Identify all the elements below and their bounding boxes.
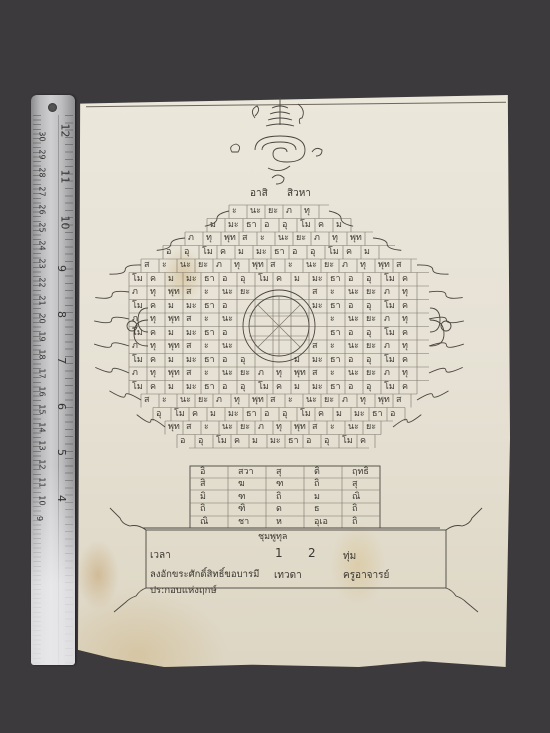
- yantra-cell-glyph: โม: [174, 410, 185, 419]
- yantra-cell-glyph: อุ: [282, 410, 287, 419]
- yantra-cell-glyph: ภ: [342, 261, 348, 270]
- lower-panel-glyph: สุ: [276, 468, 282, 477]
- yantra-cell-glyph: อุ: [240, 383, 245, 392]
- inscription-line1-right: ทุ่ม: [343, 549, 356, 564]
- lower-panel-glyph: ถิ: [352, 518, 357, 527]
- yantra-cell-glyph: นะ: [222, 288, 233, 297]
- lower-panel-glyph: อิ: [200, 468, 205, 477]
- yantra-cell-glyph: ส: [186, 342, 192, 351]
- yantra-cell-glyph: ส: [186, 315, 192, 324]
- ruler-cm-label: 22: [38, 277, 47, 287]
- yantra-cell-glyph: พุท: [168, 369, 180, 378]
- yantra-cell-glyph: ค: [276, 383, 282, 392]
- lower-panel-glyph: สิ: [200, 480, 206, 489]
- lower-panel-glyph: ม: [314, 493, 320, 502]
- yantra-cell-glyph: ภ: [188, 234, 194, 243]
- yantra-cell-glyph: ส: [270, 261, 276, 270]
- yantra-cell-glyph: ค: [276, 275, 282, 284]
- yantra-cell-glyph: ะ: [232, 207, 237, 216]
- photo-scene: 3029282726252423222120191817161514131211…: [0, 0, 550, 733]
- yantra-cell-glyph: ภ: [314, 234, 320, 243]
- yantra-cell-glyph: พุท: [378, 396, 390, 405]
- yantra-cell-glyph: โม: [258, 275, 269, 284]
- yantra-cell-glyph: มะ: [186, 383, 197, 392]
- yantra-cell-glyph: ภ: [384, 315, 390, 324]
- yantra-cell-glyph: ทุ: [402, 342, 408, 351]
- yantra-cell-glyph: อุ: [310, 248, 315, 257]
- ruler-inch-label: 12: [59, 124, 72, 138]
- lower-panel-glyph: ฤทธิ: [352, 468, 369, 477]
- yantra-cell-glyph: อ: [348, 383, 353, 392]
- yantra-cell-glyph: พุท: [224, 234, 236, 243]
- ruler-cm-label: 10: [38, 495, 47, 505]
- yantra-cell-glyph: อ: [348, 302, 353, 311]
- yantra-cell-glyph: ยะ: [296, 234, 306, 243]
- yantra-cell-glyph: ทุ: [360, 396, 366, 405]
- yantra-cell-glyph: นะ: [306, 261, 317, 270]
- yantra-cell-glyph: อ: [292, 248, 297, 257]
- yantra-cell-glyph: ส: [270, 396, 276, 405]
- lower-panel-glyph: มิ: [200, 493, 206, 502]
- yantra-cell-glyph: ะ: [330, 423, 335, 432]
- yantra-cell-glyph: พุท: [168, 315, 180, 324]
- yantra-cell-glyph: ภ: [384, 342, 390, 351]
- ruler-cm-label: 17: [38, 368, 47, 378]
- ruler-cm-label: 27: [38, 186, 47, 196]
- yantra-cell-glyph: โม: [300, 221, 311, 230]
- lower-panel-glyph: ณิ: [200, 518, 208, 527]
- yantra-cell-glyph: ยะ: [240, 369, 250, 378]
- inscription-line1-num: 2: [308, 546, 316, 560]
- yantra-cell-glyph: ะ: [162, 261, 167, 270]
- upper-caption-left: อาสิ: [250, 186, 268, 201]
- yantra-cell-glyph: มะ: [312, 383, 323, 392]
- yantra-cell-glyph: มะ: [256, 248, 267, 257]
- yantra-cell-glyph: มะ: [186, 356, 197, 365]
- yantra-cell-glyph: ส: [186, 423, 192, 432]
- yantra-cell-glyph: ภ: [258, 423, 264, 432]
- yantra-cell-glyph: อุ: [366, 329, 371, 338]
- inscription-line2-right: ครูอาจารย์: [343, 568, 389, 583]
- yantra-cell-glyph: โม: [202, 248, 213, 257]
- inscription-line2-left: ลงอักขระศักดิ์สิทธิ์ขอบารมี: [150, 567, 259, 582]
- yantra-cell-glyph: ธา: [288, 437, 299, 446]
- yantra-cell-glyph: ม: [252, 437, 258, 446]
- ruler-cm-label: 15: [38, 404, 47, 414]
- yantra-cell-glyph: นะ: [222, 369, 233, 378]
- yantra-cell-glyph: อุ: [366, 275, 371, 284]
- yantra-cell-glyph: โม: [132, 329, 143, 338]
- yantra-cell-glyph: ธา: [330, 329, 341, 338]
- ruler-cm-label: 26: [38, 204, 47, 214]
- yantra-cell-glyph: ภ: [132, 288, 138, 297]
- yantra-cell-glyph: ค: [192, 410, 198, 419]
- yantra-cell-glyph: ส: [144, 396, 150, 405]
- yantra-cell-glyph: ยะ: [324, 261, 334, 270]
- yantra-cell-glyph: ยะ: [324, 396, 334, 405]
- yantra-cell-glyph: โม: [258, 383, 269, 392]
- yantra-cell-glyph: โม: [384, 275, 395, 284]
- yantra-cell-glyph: โม: [384, 383, 395, 392]
- yantra-cell-glyph: ภ: [132, 342, 138, 351]
- yantra-cell-glyph: พุท: [378, 261, 390, 270]
- yantra-cell-glyph: โม: [300, 410, 311, 419]
- ruler-cm-label: 9: [35, 516, 44, 521]
- ruler-cm-label: 18: [38, 350, 47, 360]
- yantra-cell-glyph: โม: [384, 302, 395, 311]
- yantra-cell-glyph: ค: [402, 275, 408, 284]
- yantra-cell-glyph: ค: [402, 302, 408, 311]
- yantra-cell-glyph: มะ: [186, 275, 197, 284]
- ruler-inch-label: 5: [55, 449, 68, 456]
- yantra-cell-glyph: ค: [150, 275, 156, 284]
- yantra-cell-glyph: นะ: [306, 396, 317, 405]
- inscription-line1-mid: 1: [275, 546, 283, 560]
- yantra-cell-glyph: ม: [168, 383, 174, 392]
- yantra-cell-glyph: อ: [222, 329, 227, 338]
- yantra-cell-glyph: ทุ: [206, 234, 212, 243]
- yantra-cell-glyph: อุ: [156, 410, 161, 419]
- yantra-cell-glyph: อ: [222, 302, 227, 311]
- lower-panel-glyph: สวา: [238, 468, 254, 477]
- yantra-cell-glyph: โม: [216, 437, 227, 446]
- lower-panel-glyph: สุ: [352, 480, 358, 489]
- yantra-cell-glyph: อุ: [366, 356, 371, 365]
- dharma-wheel-icon: [243, 290, 315, 362]
- yantra-cell-glyph: ม: [294, 356, 300, 365]
- yantra-cell-glyph: ยะ: [240, 423, 250, 432]
- yantra-cell-glyph: ทุ: [360, 261, 366, 270]
- ruler-inch-label: 7: [55, 357, 68, 364]
- yantra-cell-glyph: ม: [294, 275, 300, 284]
- yantra-cell-glyph: นะ: [222, 423, 233, 432]
- yantra-cell-glyph: ค: [360, 437, 366, 446]
- ruler-inch-label: 11: [59, 170, 72, 184]
- yantra-cell-glyph: ม: [168, 275, 174, 284]
- ruler-inch-label: 10: [59, 216, 72, 230]
- ruler-cm-label: 21: [38, 295, 47, 305]
- ruler-cm-label: 19: [38, 332, 47, 342]
- lower-panel-glyph: ฑ: [276, 480, 283, 489]
- yantra-cell-glyph: ค: [150, 356, 156, 365]
- ruler-cm-label: 16: [38, 386, 47, 396]
- yantra-cell-glyph: นะ: [278, 234, 289, 243]
- yantra-cell-glyph: โม: [328, 248, 339, 257]
- yantra-cell-glyph: ะ: [204, 288, 209, 297]
- yantra-cell-glyph: นะ: [348, 369, 359, 378]
- yantra-cell-glyph: ยะ: [366, 369, 376, 378]
- yantra-cell-glyph: ธา: [330, 383, 341, 392]
- yantra-cell-glyph: ค: [402, 383, 408, 392]
- yantra-cell-glyph: อ: [222, 383, 227, 392]
- ruler-cm-label: 28: [38, 168, 47, 178]
- yantra-cell-glyph: ค: [150, 329, 156, 338]
- yantra-cell-glyph: ทุ: [150, 288, 156, 297]
- yantra-cell-glyph: ธา: [246, 410, 257, 419]
- yantra-cell-glyph: นะ: [222, 315, 233, 324]
- yantra-cell-glyph: ะ: [288, 396, 293, 405]
- yantra-cell-glyph: พุท: [350, 234, 362, 243]
- yantra-cell-glyph: อุ: [324, 437, 329, 446]
- yantra-cell-glyph: อ: [222, 275, 227, 284]
- yantra-cell-glyph: ส: [186, 369, 192, 378]
- ruler-cm-label: 29: [38, 150, 47, 160]
- yantra-cell-glyph: ค: [318, 410, 324, 419]
- lower-panel-glyph: ชา: [238, 518, 249, 527]
- yantra-cell-glyph: ธา: [204, 329, 215, 338]
- yantra-cell-glyph: มะ: [228, 410, 239, 419]
- ruler-inch-label: 8: [55, 311, 68, 318]
- yantra-cell-glyph: ภ: [384, 288, 390, 297]
- lower-panel-glyph: ธ: [314, 505, 320, 514]
- yantra-cell-glyph: ะ: [204, 315, 209, 324]
- yantra-cell-glyph: อ: [264, 410, 269, 419]
- yantra-cell-glyph: ทุ: [402, 369, 408, 378]
- yantra-cell-glyph: ทุ: [402, 315, 408, 324]
- ruler-inch-label: 9: [55, 265, 68, 272]
- yantra-cell-glyph: ทุ: [276, 369, 282, 378]
- yantra-cell-glyph: ส: [312, 423, 318, 432]
- lower-panel-glyph: ถิ: [200, 505, 205, 514]
- yantra-cell-glyph: พุท: [294, 423, 306, 432]
- yantra-cell-glyph: อ: [222, 356, 227, 365]
- yantra-cell-glyph: ะ: [330, 369, 335, 378]
- yantra-cell-glyph: มะ: [312, 275, 323, 284]
- yantra-cell-glyph: มะ: [312, 302, 323, 311]
- lower-panel-glyph: ถิ: [352, 505, 357, 514]
- yantra-cell-glyph: ค: [318, 221, 324, 230]
- yantra-cell-glyph: ส: [312, 369, 318, 378]
- yantra-cell-glyph: ทุ: [150, 369, 156, 378]
- yantra-cell-glyph: ธา: [330, 302, 341, 311]
- yantra-cell-glyph: อุ: [366, 383, 371, 392]
- yantra-cell-glyph: ทุ: [332, 234, 338, 243]
- yantra-cell-glyph: ม: [238, 248, 244, 257]
- yantra-cell-glyph: ะ: [204, 369, 209, 378]
- lower-panel-glyph: ฑ: [238, 493, 245, 502]
- yantra-cell-glyph: อ: [264, 221, 269, 230]
- yantra-cell-glyph: ทุ: [150, 315, 156, 324]
- lower-panel-glyph: ด: [276, 505, 282, 514]
- yantra-cell-glyph: ค: [220, 248, 226, 257]
- lower-panel-grid: [143, 466, 440, 528]
- ruler-inch-label: 6: [55, 403, 68, 410]
- yantra-cell-glyph: ม: [210, 410, 216, 419]
- lower-panel-glyph: ห: [276, 518, 282, 527]
- yantra-cell-glyph: ม: [168, 356, 174, 365]
- ruler-cm-label: 30: [38, 131, 47, 141]
- lower-panel-glyph: ณิ: [352, 493, 360, 502]
- yantra-cell-glyph: ธา: [204, 383, 215, 392]
- yantra-drawing: [0, 0, 550, 733]
- yantra-cell-glyph: นะ: [348, 288, 359, 297]
- yantra-cell-glyph: ทุ: [276, 423, 282, 432]
- yantra-cell-glyph: นะ: [222, 342, 233, 351]
- yantra-cell-glyph: อุ: [366, 302, 371, 311]
- yantra-cell-glyph: โม: [132, 302, 143, 311]
- yantra-cell-glyph: ส: [396, 261, 402, 270]
- stupa-crown-icon: [231, 97, 322, 184]
- yantra-cell-glyph: นะ: [348, 315, 359, 324]
- yantra-cell-glyph: ะ: [162, 396, 167, 405]
- yantra-cell-glyph: อุ: [198, 437, 203, 446]
- ruler-cm-label: 20: [38, 313, 47, 323]
- lower-panel-glyph: ติ: [314, 468, 320, 477]
- yantra-cell-glyph: อุ: [184, 248, 189, 257]
- yantra-cell-glyph: มะ: [270, 437, 281, 446]
- yantra-cell-glyph: ม: [168, 329, 174, 338]
- yantra-cell-glyph: ภ: [132, 369, 138, 378]
- yantra-cell-glyph: ค: [402, 329, 408, 338]
- yantra-cell-glyph: ส: [144, 261, 150, 270]
- ruler-cm-label: 11: [38, 477, 47, 487]
- yantra-cell-glyph: อ: [348, 275, 353, 284]
- yantra-cell-glyph: ะ: [260, 234, 265, 243]
- yantra-cell-glyph: ธา: [246, 221, 257, 230]
- yantra-cell-glyph: ม: [294, 383, 300, 392]
- yantra-cell-glyph: โม: [132, 275, 143, 284]
- yantra-cell-glyph: โม: [132, 356, 143, 365]
- yantra-cell-glyph: ยะ: [240, 288, 250, 297]
- yantra-cell-glyph: ยะ: [366, 423, 376, 432]
- ruler-cm-label: 23: [38, 259, 47, 269]
- yantra-cell-glyph: ธา: [204, 356, 215, 365]
- yantra-cell-glyph: ส: [396, 396, 402, 405]
- yantra-cell-glyph: ส: [312, 288, 318, 297]
- yantra-cell-glyph: อ: [166, 248, 171, 257]
- yantra-cell-glyph: นะ: [250, 207, 261, 216]
- label-above-box: ชุมพูทุล: [258, 529, 287, 543]
- yantra-cell-glyph: ธา: [274, 248, 285, 257]
- yantra-cell-glyph: พุท: [168, 288, 180, 297]
- yantra-cell-glyph: ะ: [204, 423, 209, 432]
- yantra-cell-glyph: ม: [336, 410, 342, 419]
- yantra-cell-glyph: ม: [168, 302, 174, 311]
- yantra-cell-glyph: ส: [312, 342, 318, 351]
- yantra-cell-glyph: พุท: [252, 396, 264, 405]
- yantra-cell-glyph: อ: [390, 410, 395, 419]
- yantra-cell-glyph: อ: [180, 437, 185, 446]
- yantra-cell-glyph: นะ: [180, 261, 191, 270]
- yantra-cell-glyph: ภ: [286, 207, 292, 216]
- yantra-cell-glyph: มะ: [312, 356, 323, 365]
- yantra-cell-glyph: อุ: [240, 356, 245, 365]
- yantra-cell-glyph: ยะ: [198, 396, 208, 405]
- ruler-cm-label: 25: [38, 222, 47, 232]
- ruler-cm-label: 12: [38, 459, 47, 469]
- yantra-cell-glyph: อ: [348, 329, 353, 338]
- yantra-cell-glyph: โม: [384, 356, 395, 365]
- lower-panel-glyph: อุเอ: [314, 518, 328, 527]
- ruler-cm-label: 13: [38, 441, 47, 451]
- yantra-cell-glyph: นะ: [180, 396, 191, 405]
- yantra-cell-glyph: มะ: [186, 329, 197, 338]
- yantra-cell-glyph: โม: [132, 383, 143, 392]
- yantra-cell-glyph: ภ: [132, 315, 138, 324]
- yantra-cell-glyph: ะ: [288, 261, 293, 270]
- yantra-cell-glyph: ส: [242, 234, 248, 243]
- right-lotus-ornament-icon: [430, 308, 451, 346]
- yantra-cell-glyph: ธา: [204, 302, 215, 311]
- yantra-cell-glyph: ธา: [330, 275, 341, 284]
- ruler-cm-label: 24: [38, 241, 47, 251]
- yantra-cell-glyph: นะ: [348, 423, 359, 432]
- lower-panel-glyph: ฆ: [238, 480, 245, 489]
- yantra-cell-glyph: ะ: [204, 342, 209, 351]
- yantra-cell-glyph: พุท: [252, 261, 264, 270]
- yantra-cell-glyph: ม: [210, 221, 216, 230]
- lower-panel-glyph: ถิ: [276, 493, 281, 502]
- yantra-cell-glyph: ค: [150, 302, 156, 311]
- yantra-cell-glyph: ทุ: [150, 342, 156, 351]
- yantra-cell-glyph: ะ: [330, 315, 335, 324]
- yantra-cell-glyph: ทุ: [402, 288, 408, 297]
- yantra-cell-glyph: ะ: [330, 342, 335, 351]
- yantra-cell-glyph: มะ: [228, 221, 239, 230]
- yantra-cell-glyph: นะ: [348, 342, 359, 351]
- yantra-cell-glyph: อุ: [282, 221, 287, 230]
- yantra-cell-glyph: ธา: [372, 410, 383, 419]
- yantra-cell-glyph: ธา: [204, 275, 215, 284]
- yantra-cell-glyph: ะ: [330, 288, 335, 297]
- yantra-cell-glyph: อุ: [240, 275, 245, 284]
- yantra-cell-glyph: ภ: [216, 396, 222, 405]
- ruler-inch-label: 4: [55, 495, 68, 502]
- inscription-line2-mid: เทวดา: [274, 568, 302, 583]
- yantra-cell-glyph: ส: [186, 288, 192, 297]
- yantra-cell-glyph: ค: [234, 437, 240, 446]
- ruler-cm-label: 14: [38, 423, 47, 433]
- yantra-cell-glyph: ภ: [216, 261, 222, 270]
- yantra-cell-glyph: ทุ: [304, 207, 310, 216]
- yantra-cell-glyph: อ: [306, 437, 311, 446]
- yantra-cell-glyph: ทุ: [234, 261, 240, 270]
- yantra-cell-glyph: โม: [384, 329, 395, 338]
- yantra-cell-glyph: ค: [150, 383, 156, 392]
- yantra-cell-glyph: ม: [364, 248, 370, 257]
- upper-caption-right: สิวหา: [287, 186, 311, 201]
- yantra-cell-glyph: พุท: [168, 342, 180, 351]
- yantra-cell-glyph: ภ: [342, 396, 348, 405]
- yantra-cell-glyph: ม: [336, 221, 342, 230]
- yantra-cell-glyph: อ: [348, 356, 353, 365]
- yantra-cell-glyph: ค: [346, 248, 352, 257]
- inscription-line1-left: เวลา: [150, 548, 171, 563]
- yantra-cell-glyph: มะ: [354, 410, 365, 419]
- lower-panel-glyph: ฑิ: [238, 505, 245, 514]
- inscription-line3-left: ปร:กอบแห่งฤกษ์: [150, 583, 217, 598]
- yantra-cell-glyph: ยะ: [366, 288, 376, 297]
- yantra-cell-glyph: พุท: [168, 423, 180, 432]
- yantra-cell-glyph: ยะ: [198, 261, 208, 270]
- yantra-cell-glyph: ทุ: [234, 396, 240, 405]
- yantra-cell-glyph: ค: [402, 356, 408, 365]
- yantra-cell-glyph: ยะ: [366, 315, 376, 324]
- yantra-cell-glyph: มะ: [186, 302, 197, 311]
- yantra-cell-glyph: ภ: [258, 369, 264, 378]
- yantra-cell-glyph: โม: [342, 437, 353, 446]
- yantra-cell-glyph: ภ: [384, 369, 390, 378]
- yantra-cell-glyph: ธา: [330, 356, 341, 365]
- yantra-cell-glyph: ยะ: [268, 207, 278, 216]
- yantra-cell-glyph: พุท: [294, 369, 306, 378]
- lower-panel-glyph: ถิ: [314, 480, 319, 489]
- yantra-cell-glyph: ยะ: [366, 342, 376, 351]
